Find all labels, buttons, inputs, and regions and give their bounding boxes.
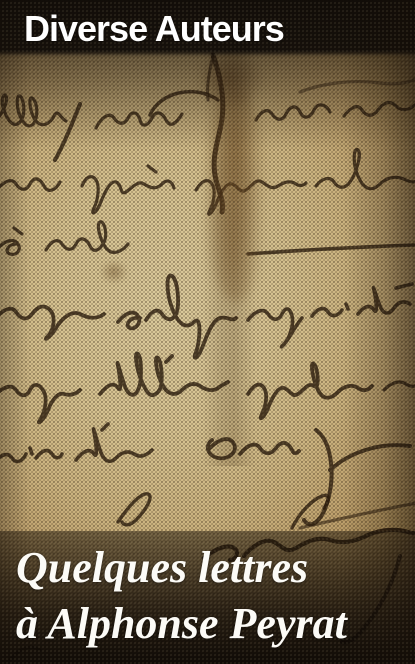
right-edge-vignette [343, 0, 415, 664]
book-cover: Diverse Auteurs Quelques lettres à Alpho… [0, 0, 415, 664]
title-line-2: à Alphonse Peyrat [16, 596, 347, 652]
small-stain [100, 260, 128, 284]
title-line-1: Quelques lettres [16, 540, 347, 596]
author-name: Diverse Auteurs [24, 8, 284, 49]
book-title: Quelques lettres à Alphonse Peyrat [16, 540, 347, 652]
